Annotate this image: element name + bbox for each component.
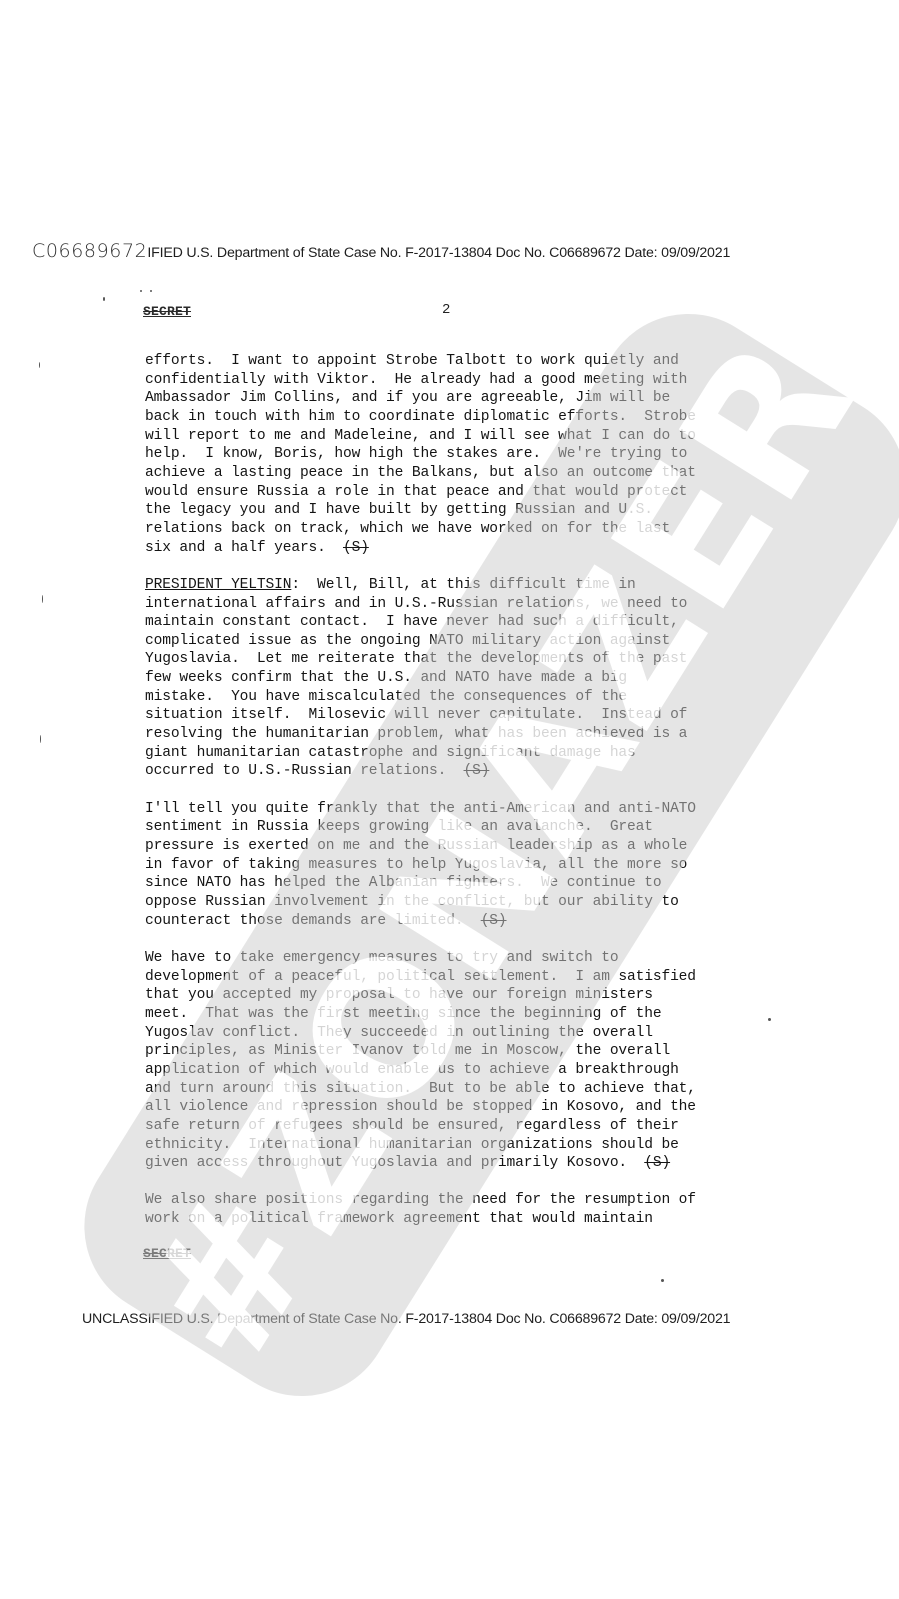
text-line: since NATO has helped the Albanian fight… xyxy=(145,874,765,893)
scan-speck xyxy=(768,1018,771,1021)
text-line: would ensure Russia a role in that peace… xyxy=(145,483,765,502)
scan-speck xyxy=(150,290,152,292)
scan-speck xyxy=(140,290,142,292)
page-number: 2 xyxy=(442,302,450,318)
text-line: I'll tell you quite frankly that the ant… xyxy=(145,800,765,819)
text-line: the legacy you and I have built by getti… xyxy=(145,501,765,520)
classification-marking: (S) xyxy=(481,913,507,929)
scan-speck xyxy=(39,362,40,368)
text-line: oppose Russian involvement in the confli… xyxy=(145,893,765,912)
paragraph: efforts. I want to appoint Strobe Talbot… xyxy=(145,352,765,557)
text-line: application of which would enable us to … xyxy=(145,1061,765,1080)
text-line: principles, as Minister Ivanov told me i… xyxy=(145,1042,765,1061)
text-line: pressure is exerted on me and the Russia… xyxy=(145,837,765,856)
scan-speck xyxy=(40,735,41,743)
text-line: Ambassador Jim Collins, and if you are a… xyxy=(145,389,765,408)
text-line: will report to me and Madeleine, and I w… xyxy=(145,427,765,446)
text-line: mistake. You have miscalculated the cons… xyxy=(145,688,765,707)
text-line: meet. That was the first meeting since t… xyxy=(145,1005,765,1024)
classification-bottom: SECRET xyxy=(143,1246,191,1261)
text-line: safe return of refugees should be ensure… xyxy=(145,1117,765,1136)
text-line: ethnicity. International humanitarian or… xyxy=(145,1136,765,1155)
scan-speck xyxy=(42,595,43,603)
text-line: given access throughout Yugoslavia and p… xyxy=(145,1154,765,1173)
classification-marking: (S) xyxy=(343,540,369,556)
document-page: C06689672IFIED U.S. Department of State … xyxy=(0,0,899,1599)
text-line: relations back on track, which we have w… xyxy=(145,520,765,539)
text-line: work on a political framework agreement … xyxy=(145,1210,765,1229)
text-line: six and a half years. (S) xyxy=(145,539,765,558)
footer-stamp: UNCLASSIFIED U.S. Department of State Ca… xyxy=(82,1311,730,1327)
text-line: counteract those demands are limited. (S… xyxy=(145,912,765,931)
text-line: efforts. I want to appoint Strobe Talbot… xyxy=(145,352,765,371)
scan-speck xyxy=(661,1279,664,1282)
text-line: that you accepted my proposal to have ou… xyxy=(145,986,765,1005)
text-line: giant humanitarian catastrophe and signi… xyxy=(145,744,765,763)
text-line: back in touch with him to coordinate dip… xyxy=(145,408,765,427)
text-line: resolving the humanitarian problem, what… xyxy=(145,725,765,744)
text-line: international affairs and in U.S.-Russia… xyxy=(145,595,765,614)
header-stamp-text: IFIED U.S. Department of State Case No. … xyxy=(147,245,730,261)
doc-id-prefix: C06689672 xyxy=(32,240,147,262)
paragraph: I'll tell you quite frankly that the ant… xyxy=(145,800,765,931)
text-line: Yugoslavia. Let me reiterate that the de… xyxy=(145,650,765,669)
text-line: occurred to U.S.-Russian relations. (S) xyxy=(145,762,765,781)
text-line: PRESIDENT YELTSIN: Well, Bill, at this d… xyxy=(145,576,765,595)
text-line: in favor of taking measures to help Yugo… xyxy=(145,856,765,875)
text-line: We have to take emergency measures to tr… xyxy=(145,949,765,968)
speaker-name: PRESIDENT YELTSIN xyxy=(145,577,291,593)
paragraph: We also share positions regarding the ne… xyxy=(145,1191,765,1228)
text-line: complicated issue as the ongoing NATO mi… xyxy=(145,632,765,651)
paragraph: PRESIDENT YELTSIN: Well, Bill, at this d… xyxy=(145,576,765,781)
text-line: achieve a lasting peace in the Balkans, … xyxy=(145,464,765,483)
scan-speck xyxy=(103,297,105,301)
text-line: sentiment in Russia keeps growing like a… xyxy=(145,818,765,837)
text-line: maintain constant contact. I have never … xyxy=(145,613,765,632)
classification-marking: (S) xyxy=(644,1155,670,1171)
text-line: few weeks confirm that the U.S. and NATO… xyxy=(145,669,765,688)
text-line: help. I know, Boris, how high the stakes… xyxy=(145,445,765,464)
paragraph: We have to take emergency measures to tr… xyxy=(145,949,765,1173)
text-line: all violence and repression should be st… xyxy=(145,1098,765,1117)
classification-marking: (S) xyxy=(464,763,490,779)
header-stamp: C06689672IFIED U.S. Department of State … xyxy=(32,240,730,262)
text-line: We also share positions regarding the ne… xyxy=(145,1191,765,1210)
text-line: development of a peaceful, political set… xyxy=(145,968,765,987)
text-line: Yugoslav conflict. They succeeded in out… xyxy=(145,1024,765,1043)
text-line: and turn around this situation. But to b… xyxy=(145,1080,765,1099)
text-line: confidentially with Viktor. He already h… xyxy=(145,371,765,390)
document-body: efforts. I want to appoint Strobe Talbot… xyxy=(145,352,765,1247)
text-line: situation itself. Milosevic will never c… xyxy=(145,706,765,725)
classification-top: SECRET xyxy=(143,304,191,319)
